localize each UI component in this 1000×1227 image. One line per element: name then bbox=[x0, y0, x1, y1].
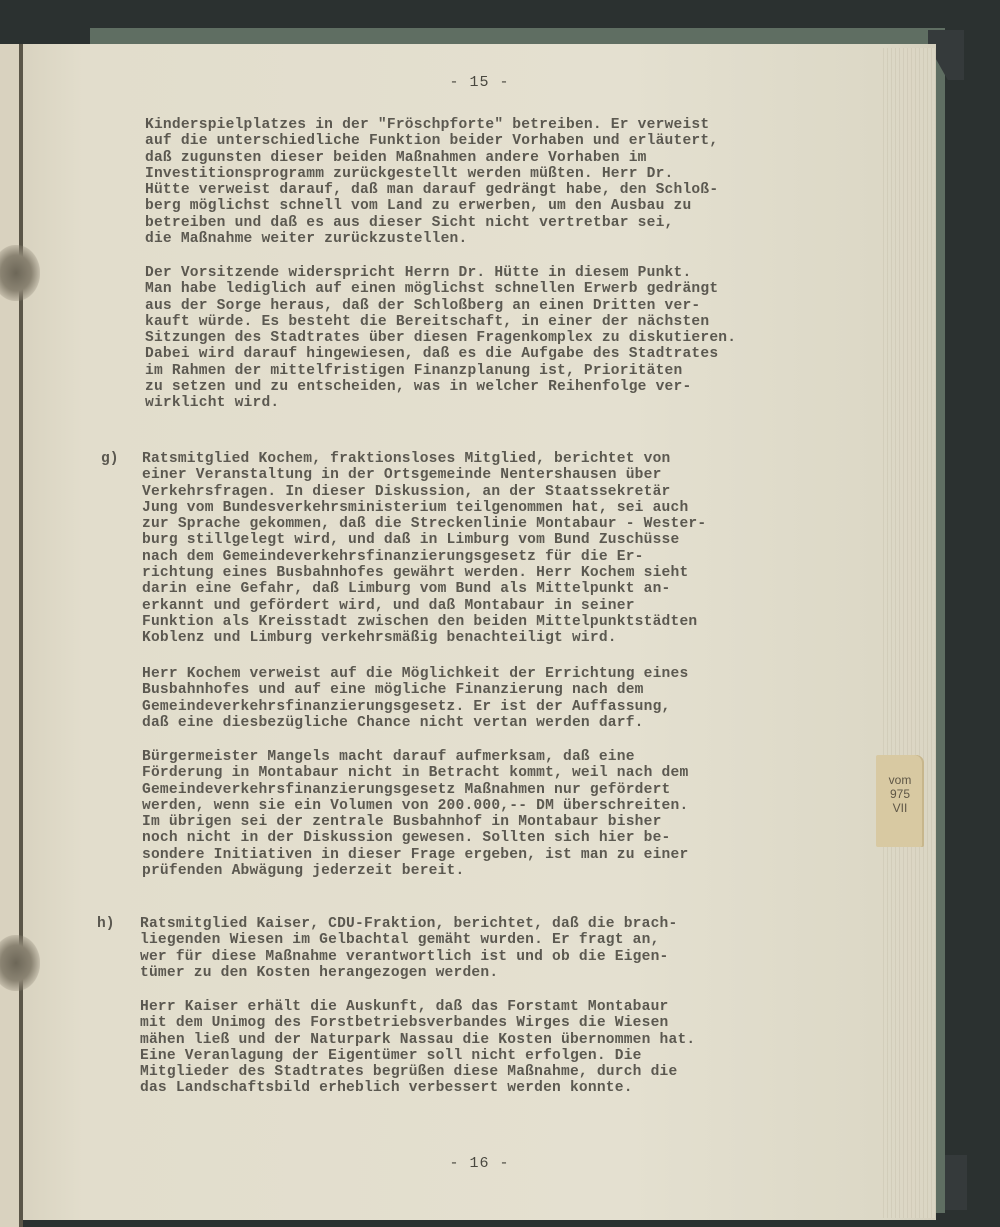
index-tab-line-1: vom bbox=[876, 773, 924, 787]
paragraph-5: Bürgermeister Mangels macht darauf aufme… bbox=[142, 749, 688, 879]
paragraph-item-h: Ratsmitglied Kaiser, CDU-Fraktion, beric… bbox=[140, 916, 677, 981]
item-label-g: g) bbox=[101, 451, 119, 467]
document-page: - 15 - Kinderspielplatzes in der "Frösch… bbox=[23, 44, 936, 1220]
paragraph-7: Herr Kaiser erhält die Auskunft, daß das… bbox=[140, 999, 695, 1097]
index-tab-line-3: VII bbox=[876, 801, 924, 815]
page-number-bottom: - 16 - bbox=[23, 1155, 936, 1172]
index-tab[interactable]: vom 975 VII bbox=[876, 755, 924, 847]
paragraph-4: Herr Kochem verweist auf die Möglichkeit… bbox=[142, 666, 688, 731]
stacked-page-edges bbox=[880, 48, 936, 1218]
binder-corner-bottom-right bbox=[945, 1155, 967, 1210]
paragraph-item-g: Ratsmitglied Kochem, fraktionsloses Mitg… bbox=[142, 451, 706, 647]
page-number-top: - 15 - bbox=[23, 74, 936, 91]
paragraph-1: Kinderspielplatzes in der "Fröschpforte"… bbox=[145, 117, 718, 247]
binder-ring-top bbox=[0, 245, 40, 301]
left-page-edge bbox=[0, 44, 20, 1227]
binder-ring-bottom bbox=[0, 935, 40, 991]
item-label-h: h) bbox=[97, 916, 115, 932]
index-tab-line-2: 975 bbox=[876, 787, 924, 801]
paragraph-2: Der Vorsitzende widerspricht Herrn Dr. H… bbox=[145, 265, 736, 412]
